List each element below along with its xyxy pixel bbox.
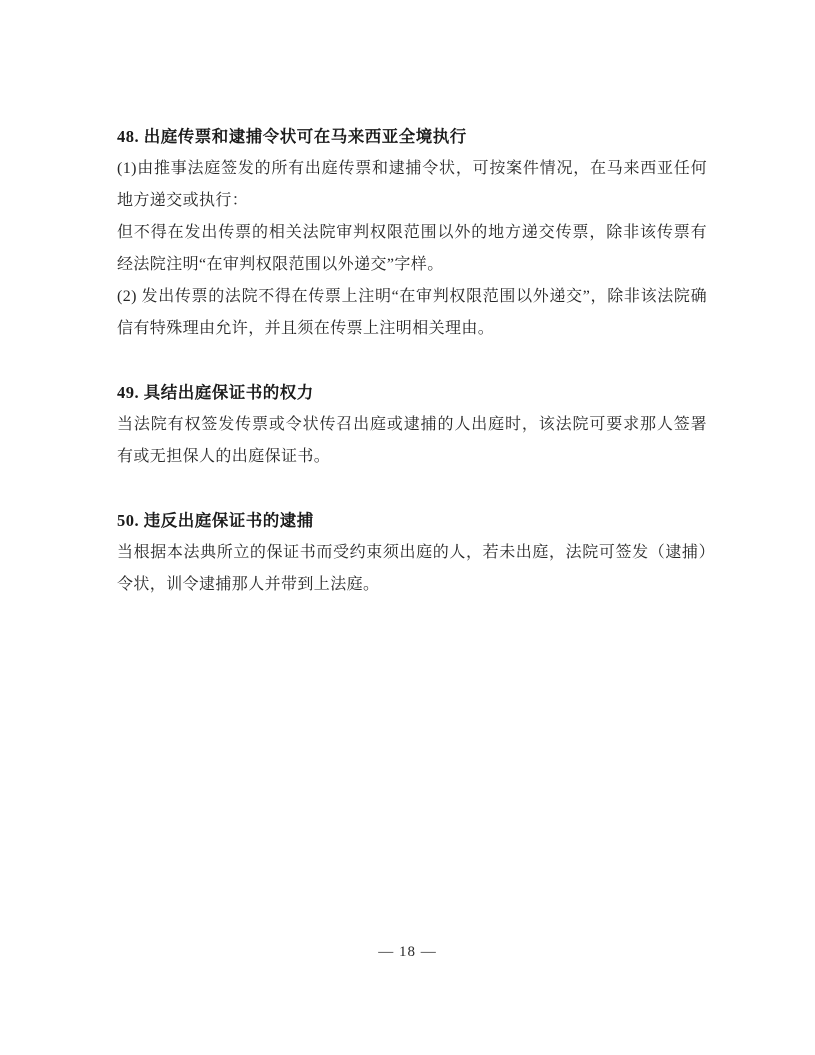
section-48-paragraph-3: (2) 发出传票的法院不得在传票上注明“在审判权限范围以外递交”，除非该法院确信… (117, 281, 707, 345)
section-49: 49. 具结出庭保证书的权力 当法院有权签发传票或令状传召出庭或逮捕的人出庭时，… (117, 377, 707, 473)
section-50-heading: 50. 违反出庭保证书的逮捕 (117, 505, 707, 537)
section-48-heading: 48. 出庭传票和逮捕令状可在马来西亚全境执行 (117, 121, 707, 153)
page-number: — 18 — (378, 944, 437, 960)
section-48: 48. 出庭传票和逮捕令状可在马来西亚全境执行 (1)由推事法庭签发的所有出庭传… (117, 121, 707, 345)
document-body: 48. 出庭传票和逮捕令状可在马来西亚全境执行 (1)由推事法庭签发的所有出庭传… (117, 121, 707, 601)
section-48-paragraph-2: 但不得在发出传票的相关法院审判权限范围以外的地方递交传票，除非该传票有经法院注明… (117, 217, 707, 281)
section-50-paragraph-1: 当根据本法典所立的保证书而受约束须出庭的人，若未出庭，法院可签发（逮捕）令状，训… (117, 537, 707, 601)
section-50: 50. 违反出庭保证书的逮捕 当根据本法典所立的保证书而受约束须出庭的人，若未出… (117, 505, 707, 601)
section-49-paragraph-1: 当法院有权签发传票或令状传召出庭或逮捕的人出庭时，该法院可要求那人签署有或无担保… (117, 409, 707, 473)
section-48-paragraph-1: (1)由推事法庭签发的所有出庭传票和逮捕令状，可按案件情况，在马来西亚任何地方递… (117, 153, 707, 217)
page-footer: — 18 — (0, 941, 815, 963)
document-page: 48. 出庭传票和逮捕令状可在马来西亚全境执行 (1)由推事法庭签发的所有出庭传… (0, 0, 815, 1055)
section-49-heading: 49. 具结出庭保证书的权力 (117, 377, 707, 409)
